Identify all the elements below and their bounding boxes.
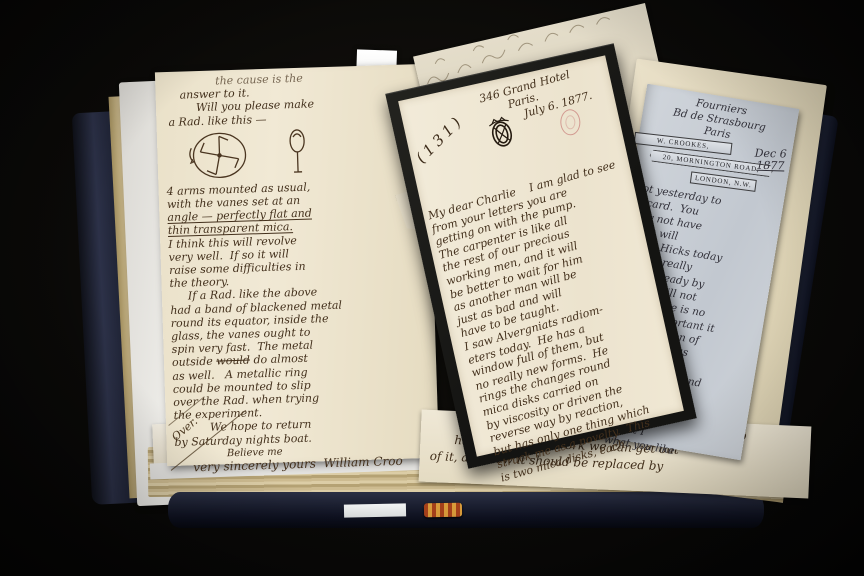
date-year: 1877 (754, 160, 786, 173)
radiometer-sketch (185, 123, 423, 182)
left-letter-lines-a: answer to it.Will you please makea Rad. … (163, 81, 420, 129)
left-letter-lines-c: as well. A metallic ringcould be mounted… (172, 362, 431, 476)
album-photograph: very sincerely yours William Crookes. th… (0, 0, 864, 576)
left-letter-lines-b: 4 arms mounted as usual,with the vanes s… (166, 177, 427, 357)
strike-post: do almost (250, 352, 308, 367)
spine-white-label (344, 503, 406, 517)
book-bottom-cover (168, 492, 764, 528)
center-letter-body: from your letters you aregetting on with… (430, 171, 692, 485)
strike-pre: outside (172, 355, 217, 369)
letterhead-city-ribbon: LONDON, N.W. (690, 171, 757, 192)
spine-endband (424, 503, 462, 518)
red-oval-stamp-icon (560, 109, 581, 136)
struck-out-word: would (216, 354, 250, 368)
right-letter-date: Dec 6 1877 (754, 148, 787, 173)
